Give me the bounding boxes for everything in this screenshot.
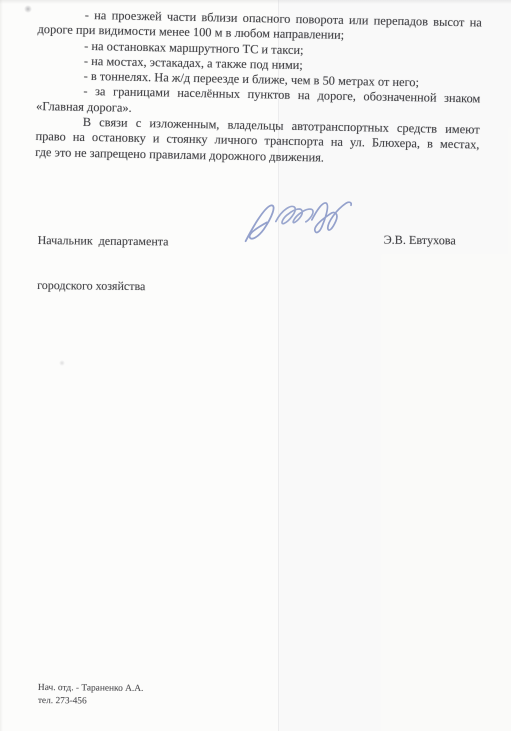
document-footer: Нач. отд. - Тараненко А.А. тел. 273-456 <box>38 682 144 708</box>
document-text: - на проезжей части вблизи опасного пово… <box>35 7 482 168</box>
signer-title-line2: городского хозяйства <box>37 278 469 298</box>
handwritten-signature-icon <box>234 191 360 250</box>
scanned-document-page: - на проезжей части вблизи опасного пово… <box>0 0 511 731</box>
scan-artifact-speck <box>24 5 32 13</box>
scan-artifact-speck <box>59 360 65 366</box>
scan-edge-shadow-left <box>0 0 3 731</box>
footer-contact-name: Нач. отд. - Тараненко А.А. <box>38 682 144 696</box>
footer-contact-phone: тел. 273-456 <box>38 695 144 709</box>
signer-name: Э.В. Евтухова <box>384 233 456 249</box>
signature-block: Начальник департамента городского хозяйс… <box>37 203 470 270</box>
